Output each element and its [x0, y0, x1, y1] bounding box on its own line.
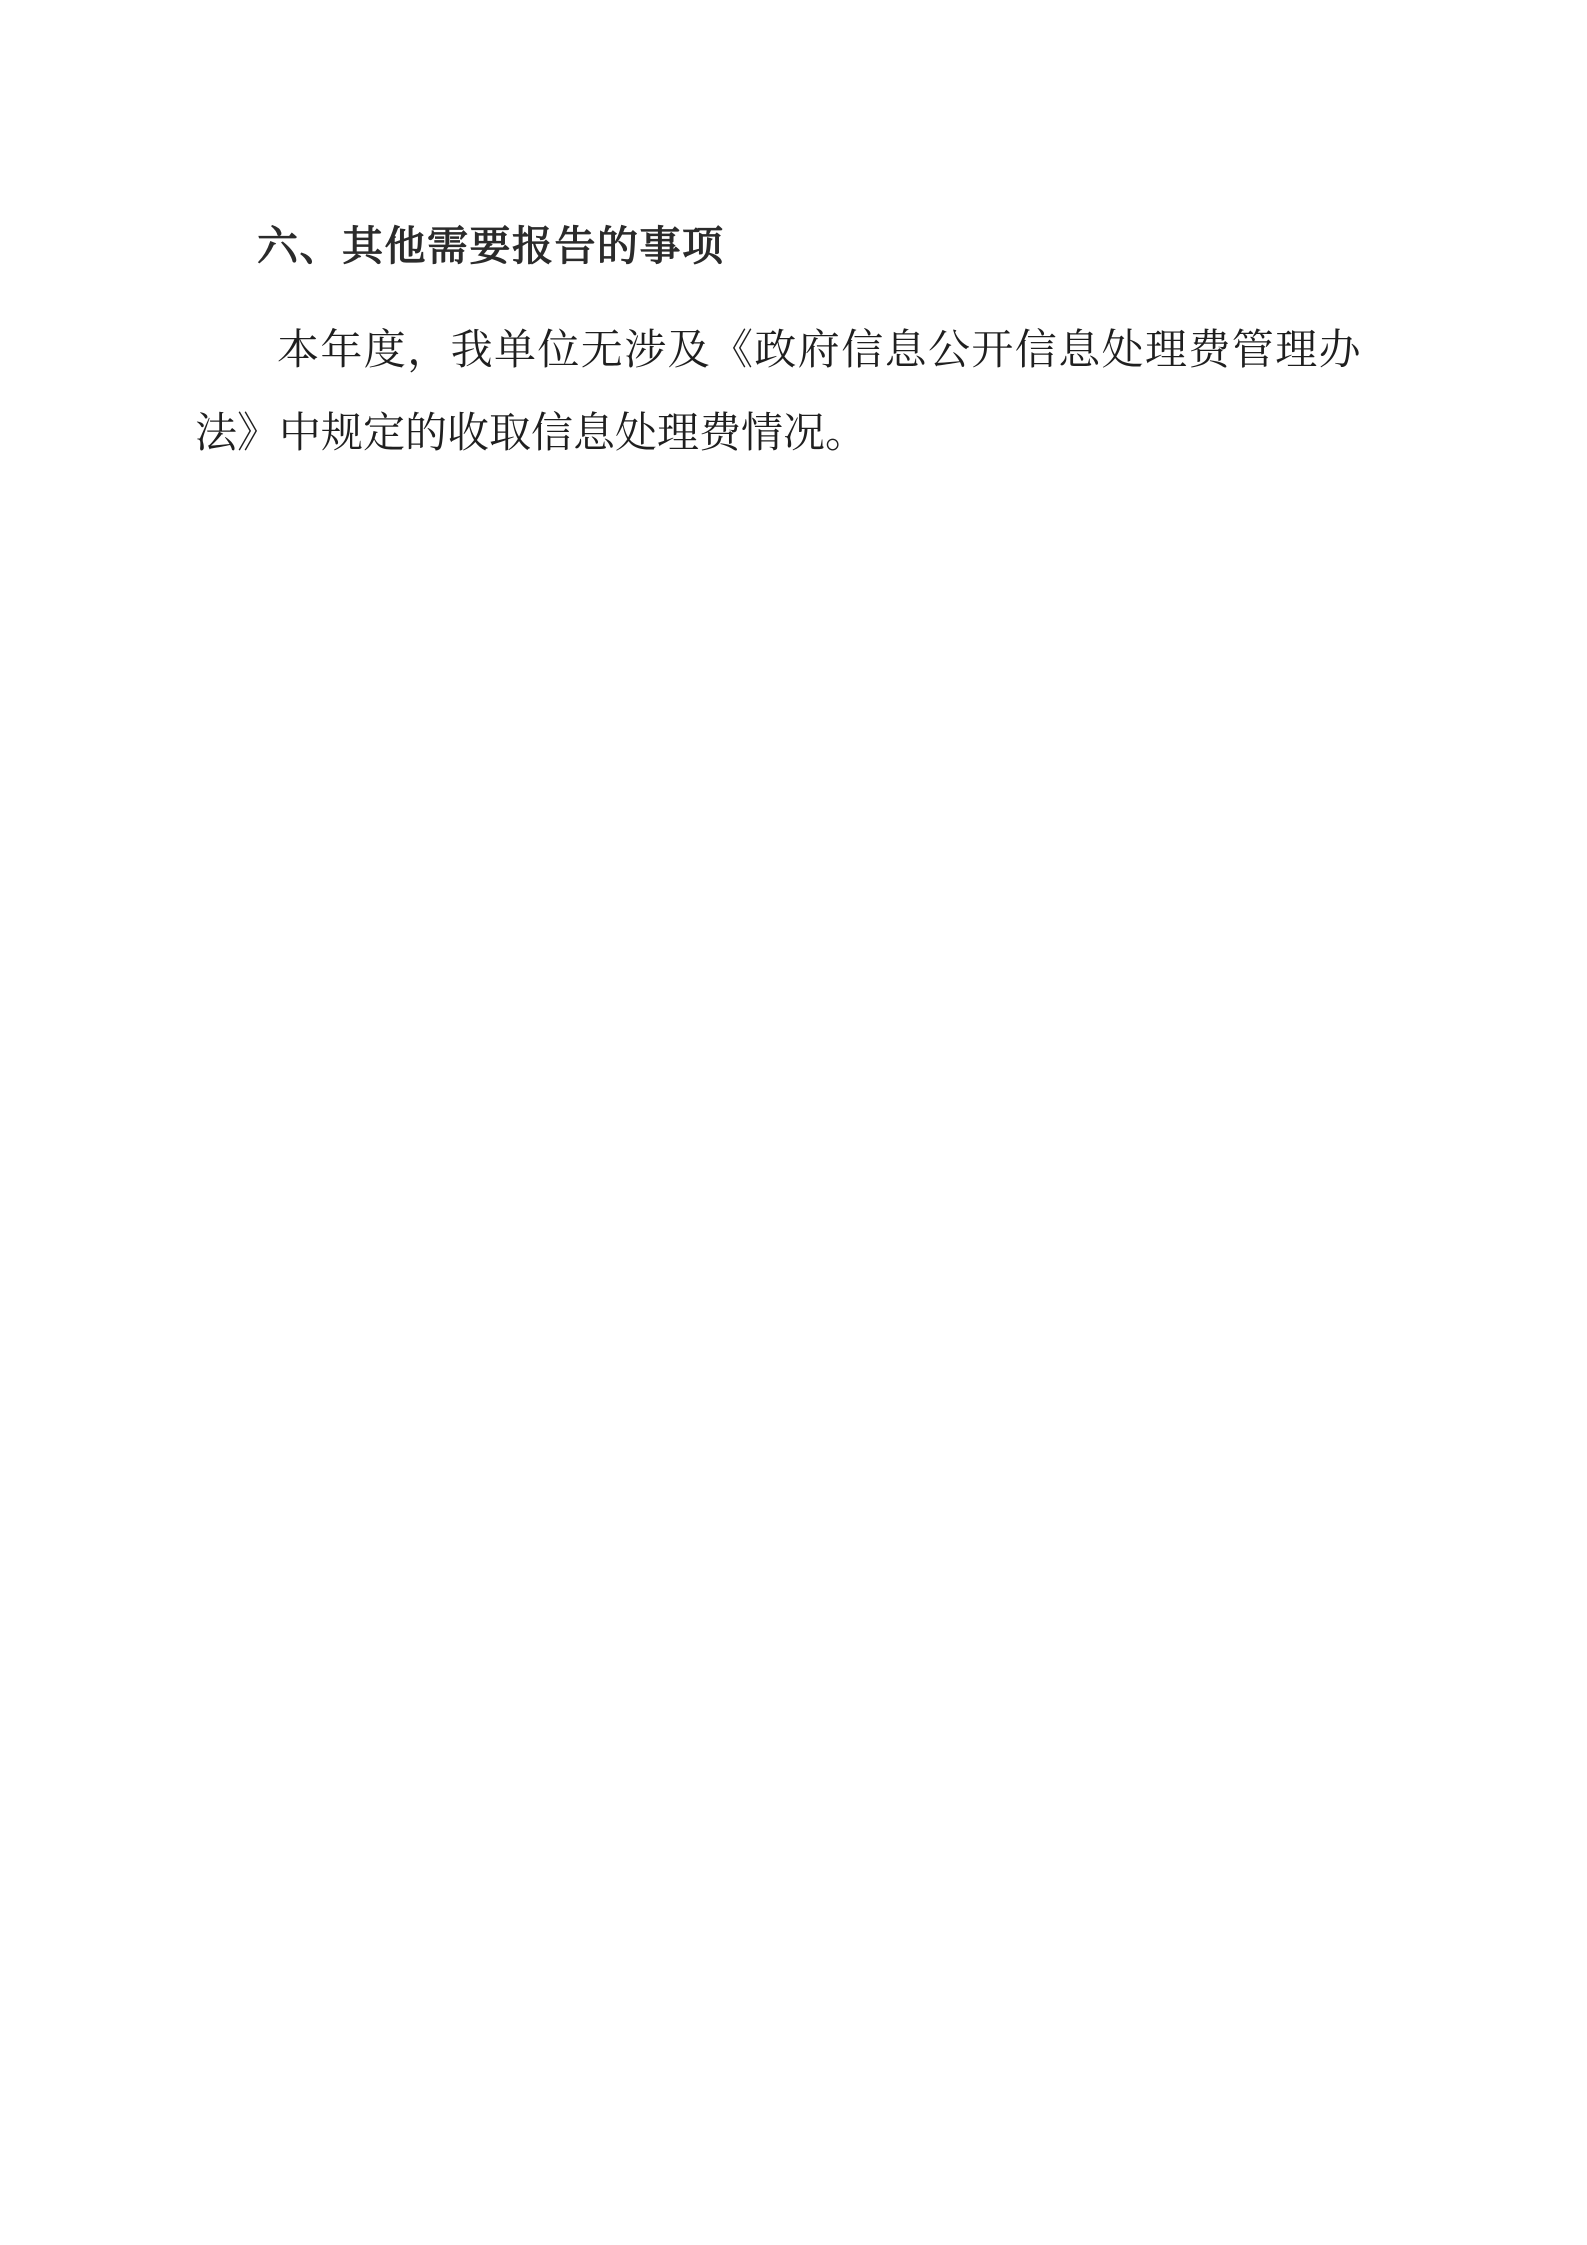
paragraph-line: 本年度，我单位无涉及《政府信息公开信息处理费管理办 — [195, 310, 1365, 393]
body-paragraph: 本年度，我单位无涉及《政府信息公开信息处理费管理办 法》中规定的收取信息处理费情… — [195, 310, 1365, 476]
paragraph-line: 法》中规定的收取信息处理费情况。 — [195, 393, 1365, 476]
document-page: 六、其他需要报告的事项 本年度，我单位无涉及《政府信息公开信息处理费管理办 法》… — [0, 0, 1587, 2245]
section-heading: 六、其他需要报告的事项 — [257, 222, 725, 270]
